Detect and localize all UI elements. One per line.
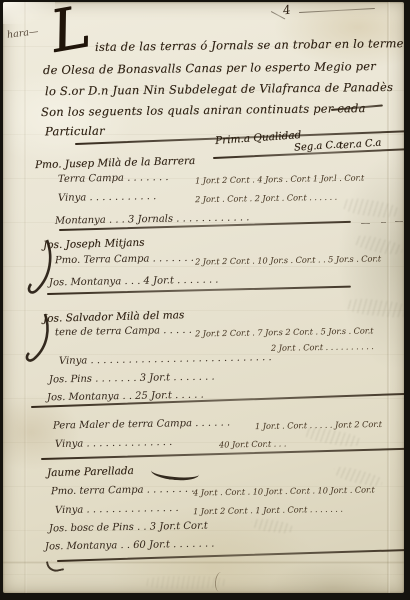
entry-name: Pmo. Jusep Milà de la Barrera [35,155,196,171]
margin-note: hara— [6,26,39,41]
table-row: Terra Campa . . . . . . . 1 Jor.t 2 Cor.… [3,173,404,188]
folio-stroke [299,8,375,13]
row-label: Vinya . . . . . . . . . . . [58,191,156,204]
row-label: Vinya . . . . . . . . . . . . . . . [55,503,179,516]
row-values: 40 Jor.t Cor.t . . . [219,438,287,449]
table-row: Pmo. terra Campa . . . . . . . . 4 Jor.t… [3,485,404,500]
row-values: 1 Jor.t 2 Cor.t . 4 Jor.s . Cor.t 1 Jor.… [195,173,364,186]
table-row: Jos. Montanya . . 25 Jor.t . . . . . [3,391,404,406]
heading-line-2: de Olesa de Bonasvalls Canas per lo espe… [43,59,376,77]
row-label: Vinya . . . . . . . . . . . . . . [55,437,172,450]
bleed-through-mark [143,576,227,589]
folio-mark: 4 [282,2,292,17]
bleed-through-mark [344,297,404,320]
row-label: Terra Campa . . . . . . . [58,172,169,185]
row-values: 2 Jor.t 2 Cor.t . 10 Jor.s . Cor.t . . 5… [195,253,381,266]
row-values: 4 Jor.t . Cor.t . 10 Jor.t . Cor.t . 10 … [193,484,375,497]
row-label: Vinya . . . . . . . . . . . . . . . . . … [59,352,272,367]
table-row: Vinya . . . . . . . . . . . . . . . . . … [3,354,404,369]
heading-line-1: ista de las terras ó Jornals se an troba… [95,36,404,54]
row-label: Pmo. Terra Campa . . . . . . . [55,253,194,266]
manuscript-photo: { "colors": { "ink": "#32241a", "ink_dar… [0,0,410,600]
table-row: Jos. Pins . . . . . . . 3 Jor.t . . . . … [3,373,404,388]
row-label: Pera Maler de terra Campa . . . . . . [53,417,230,431]
heading-line-5: Particular [45,124,105,139]
row-label: Jos. Pins . . . . . . . 3 Jor.t . . . . … [49,372,215,386]
table-row: Vinya . . . . . . . . . . . . . . . 1 Jo… [3,504,404,519]
row-label: Jos. Montanya . . 60 Jor.t . . . . . . . [45,539,215,553]
entry-name: Jos. Salvador Milà del mas [43,309,185,325]
row-values: 1 Jor.t 2 Cor.t . 1 Jor.t . Cor.t . . . … [193,504,343,517]
row-label: Pmo. terra Campa . . . . . . . . [51,484,195,498]
table-row: tene de terra Campa . . . . . 2 Jor.t 2 … [3,326,404,341]
heading-line-3: lo S.or D.n Juan Nin Subdelegat de Vilaf… [45,80,393,98]
row-label: tene de terra Campa . . . . . [55,325,192,338]
name-swash [150,463,199,482]
entry-name: Jos. Joseph Mitjans [43,237,145,252]
row-values: 2 Jor.t 2 Cor.t . 7 Jor.s 2 Cor.t . 5 Jo… [195,325,374,338]
table-row: Jos. bosc de Pins . . 3 Jor.t Cor.t [3,522,404,537]
row-label: Jos. bosc de Pins . . 3 Jor.t Cor.t [49,521,208,535]
rule-dash [381,222,386,223]
initial-flourish: L [46,2,94,61]
rule-dash [361,223,370,224]
row-values: 2 Jor.t . Cor.t . 2 Jor.t . Cor.t . . . … [195,192,337,204]
row-values: 2 Jor.t . Cor.t . . . . . . . . . . [271,341,374,353]
row-label: Jos. Montanya . . . 4 Jor.t . . . . . . … [49,275,219,289]
heading-line-4: Son los seguents los quals aniran contin… [41,101,366,119]
column-header-primera: Prim.a Qualidad [215,129,302,147]
rule-dash [395,221,403,222]
manuscript-page: hara— 4 L ista de las terras ó Jornals s… [3,2,404,593]
table-row: Pmo. Terra Campa . . . . . . . 2 Jor.t 2… [3,254,404,269]
entry-name: Jaume Parellada [47,465,134,479]
